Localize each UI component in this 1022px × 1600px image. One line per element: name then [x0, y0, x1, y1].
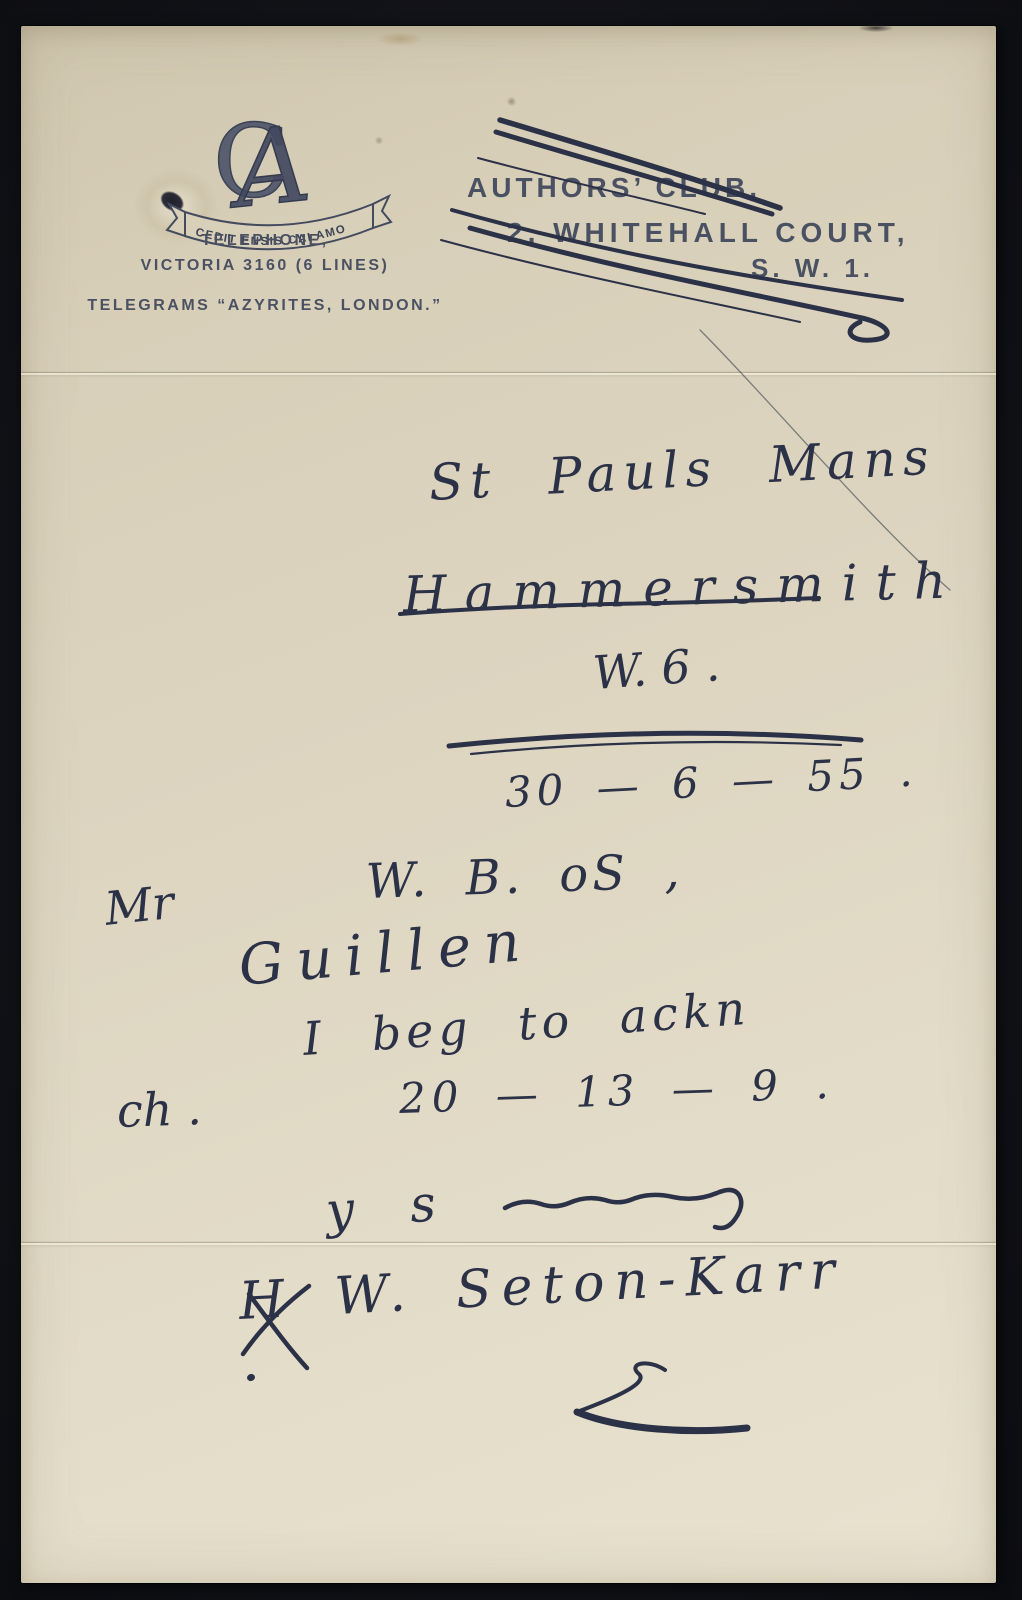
body-line1: I beg to ackn	[301, 981, 752, 1066]
signature-flourish	[561, 1356, 801, 1466]
telephone-number: VICTORIA 3160 (6 LINES)	[39, 257, 491, 275]
closing-text: y s	[324, 1174, 438, 1240]
telegrams-line: TELEGRAMS “AZYRITES, LONDON.”	[39, 297, 491, 315]
recipient-initials: W. B. oS ,	[365, 843, 684, 910]
telephone-label: TELEPHONE,	[39, 232, 491, 250]
recipient-name: Guillen	[236, 908, 535, 998]
club-monogram-icon: C A	[213, 102, 316, 232]
scanned-letter-background: C A CEDIT ENSIS CALAMO TELEPHONE, VICTOR…	[0, 0, 1022, 1600]
paper-stain	[377, 32, 423, 46]
cheque-amount: 20 — 13 — 9 .	[398, 1059, 835, 1123]
letterhead-contact-block: TELEPHONE, VICTORIA 3160 (6 LINES) TELEG…	[39, 232, 491, 315]
handwritten-address-line3: W. 6 .	[591, 637, 721, 700]
edge-smudge	[859, 24, 893, 32]
salutation-prefix: Mr	[102, 875, 176, 936]
letter-paper: C A CEDIT ENSIS CALAMO TELEPHONE, VICTOR…	[21, 26, 996, 1583]
signature-cross-strokes	[221, 1266, 361, 1396]
cheque-label: ch .	[116, 1081, 202, 1138]
